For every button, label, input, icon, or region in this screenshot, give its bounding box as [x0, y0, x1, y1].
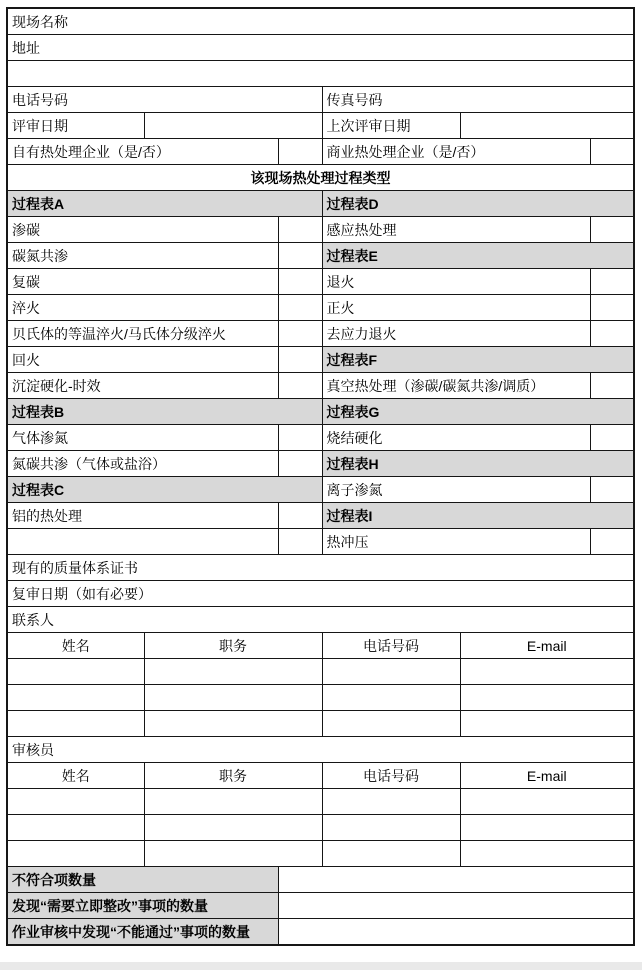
process-check-carbonitriding [278, 243, 322, 269]
process-header-G: 过程表G [322, 399, 634, 425]
contact-title-cell [144, 659, 322, 685]
section-title-process-types: 该现场热处理过程类型 [7, 165, 634, 191]
process-check-stress-relieving [590, 321, 634, 347]
auditor-row [7, 815, 634, 841]
process-item-normalizing: 正火 [322, 295, 590, 321]
process-check-carburizing [278, 217, 322, 243]
auditor-name-cell [7, 841, 144, 867]
process-item-blank [7, 529, 278, 555]
contact-name-cell [7, 685, 144, 711]
contact-row [7, 685, 634, 711]
process-check-normalizing [590, 295, 634, 321]
process-item-induction: 感应热处理 [322, 217, 590, 243]
auditor-title-cell [144, 841, 322, 867]
process-header-C: 过程表C [7, 477, 322, 503]
process-header-A: 过程表A [7, 191, 322, 217]
process-check-hot-stamping [590, 529, 634, 555]
process-item-ion-nitriding: 离子渗氮 [322, 477, 590, 503]
label-immediate-action-count: 发现“需要立即整改”事项的数量 [7, 893, 278, 919]
contact-row [7, 711, 634, 737]
process-header-H: 过程表H [322, 451, 634, 477]
process-check-carbon-restoration [278, 269, 322, 295]
contact-row [7, 659, 634, 685]
process-check-aluminum-heat-treat [278, 503, 322, 529]
label-job-audit-fail-count: 作业审核中发现“不能通过”事项的数量 [7, 919, 278, 946]
contact-phone-cell [322, 711, 460, 737]
contacts-header-email: E-mail [460, 633, 634, 659]
label-nonconformities-count: 不符合项数量 [7, 867, 278, 893]
process-item-aluminum-heat-treat: 铝的热处理 [7, 503, 278, 529]
process-header-E: 过程表E [322, 243, 634, 269]
field-fax: 传真号码 [322, 87, 634, 113]
process-item-annealing: 退火 [322, 269, 590, 295]
value-captive-heat-treater [278, 139, 322, 165]
process-item-quenching: 淬火 [7, 295, 278, 321]
field-address-line2 [7, 61, 634, 87]
process-item-carburizing: 渗碳 [7, 217, 278, 243]
value-nonconformities-count [278, 867, 634, 893]
contact-email-cell [460, 711, 634, 737]
process-item-austempering-martempering: 贝氏体的等温淬火/马氏体分级淬火 [7, 321, 278, 347]
auditor-email-cell [460, 815, 634, 841]
contacts-header-title: 职务 [144, 633, 322, 659]
process-header-D: 过程表D [322, 191, 634, 217]
auditor-name-cell [7, 789, 144, 815]
process-header-F: 过程表F [322, 347, 634, 373]
auditor-title-cell [144, 815, 322, 841]
process-check-gas-nitriding [278, 425, 322, 451]
process-header-B: 过程表B [7, 399, 322, 425]
process-item-vacuum-heat-treat: 真空热处理（渗碳/碳氮共渗/调质） [322, 373, 590, 399]
process-item-carbonitriding: 碳氮共渗 [7, 243, 278, 269]
process-item-sinter-hardening: 烧结硬化 [322, 425, 590, 451]
value-job-audit-fail-count [278, 919, 634, 946]
field-quality-certificates: 现有的质量体系证书 [7, 555, 634, 581]
process-item-gas-nitriding: 气体渗氮 [7, 425, 278, 451]
contact-name-cell [7, 659, 144, 685]
field-reassessment-date: 复审日期（如有必要） [7, 581, 634, 607]
section-title-auditors: 审核员 [7, 737, 634, 763]
label-previous-assessment-date: 上次评审日期 [322, 113, 460, 139]
label-captive-heat-treater: 自有热处理企业（是/否） [7, 139, 278, 165]
auditor-title-cell [144, 789, 322, 815]
value-immediate-action-count [278, 893, 634, 919]
auditors-header-email: E-mail [460, 763, 634, 789]
auditor-email-cell [460, 789, 634, 815]
process-check-sinter-hardening [590, 425, 634, 451]
contact-phone-cell [322, 659, 460, 685]
field-site-name: 现场名称 [7, 8, 634, 35]
process-check-quenching [278, 295, 322, 321]
auditor-row [7, 841, 634, 867]
process-item-tempering: 回火 [7, 347, 278, 373]
contacts-header-name: 姓名 [7, 633, 144, 659]
auditors-header-title: 职务 [144, 763, 322, 789]
heat-treat-assessment-cover-form: 现场名称 地址 电话号码 传真号码 评审日期 上次评审日期 自有热处理企业（是/… [6, 7, 635, 946]
process-check-annealing [590, 269, 634, 295]
process-check-vacuum-heat-treat [590, 373, 634, 399]
auditor-name-cell [7, 815, 144, 841]
field-phone: 电话号码 [7, 87, 322, 113]
auditor-phone-cell [322, 789, 460, 815]
process-item-ferritic-nitrocarburizing: 氮碳共渗（气体或盐浴） [7, 451, 278, 477]
value-assessment-date [144, 113, 322, 139]
auditors-header-phone: 电话号码 [322, 763, 460, 789]
process-check-precipitation-hardening [278, 373, 322, 399]
page-bottom-strip [0, 962, 642, 970]
process-item-hot-stamping: 热冲压 [322, 529, 590, 555]
contacts-header-phone: 电话号码 [322, 633, 460, 659]
process-check-ferritic-nitrocarburizing [278, 451, 322, 477]
process-check-blank [278, 529, 322, 555]
field-address: 地址 [7, 35, 634, 61]
process-item-precipitation-hardening: 沉淀硬化-时效 [7, 373, 278, 399]
auditor-email-cell [460, 841, 634, 867]
process-item-carbon-restoration: 复碳 [7, 269, 278, 295]
process-check-tempering [278, 347, 322, 373]
contact-email-cell [460, 685, 634, 711]
process-check-austempering-martempering [278, 321, 322, 347]
process-check-induction [590, 217, 634, 243]
contact-email-cell [460, 659, 634, 685]
contact-title-cell [144, 711, 322, 737]
process-header-I: 过程表I [322, 503, 634, 529]
section-title-contacts: 联系人 [7, 607, 634, 633]
label-assessment-date: 评审日期 [7, 113, 144, 139]
value-previous-assessment-date [460, 113, 634, 139]
process-item-stress-relieving: 去应力退火 [322, 321, 590, 347]
contact-phone-cell [322, 685, 460, 711]
contact-name-cell [7, 711, 144, 737]
value-commercial-heat-treater [590, 139, 634, 165]
label-commercial-heat-treater: 商业热处理企业（是/否） [322, 139, 590, 165]
process-check-ion-nitriding [590, 477, 634, 503]
auditors-header-name: 姓名 [7, 763, 144, 789]
auditor-phone-cell [322, 815, 460, 841]
contact-title-cell [144, 685, 322, 711]
auditor-row [7, 789, 634, 815]
auditor-phone-cell [322, 841, 460, 867]
